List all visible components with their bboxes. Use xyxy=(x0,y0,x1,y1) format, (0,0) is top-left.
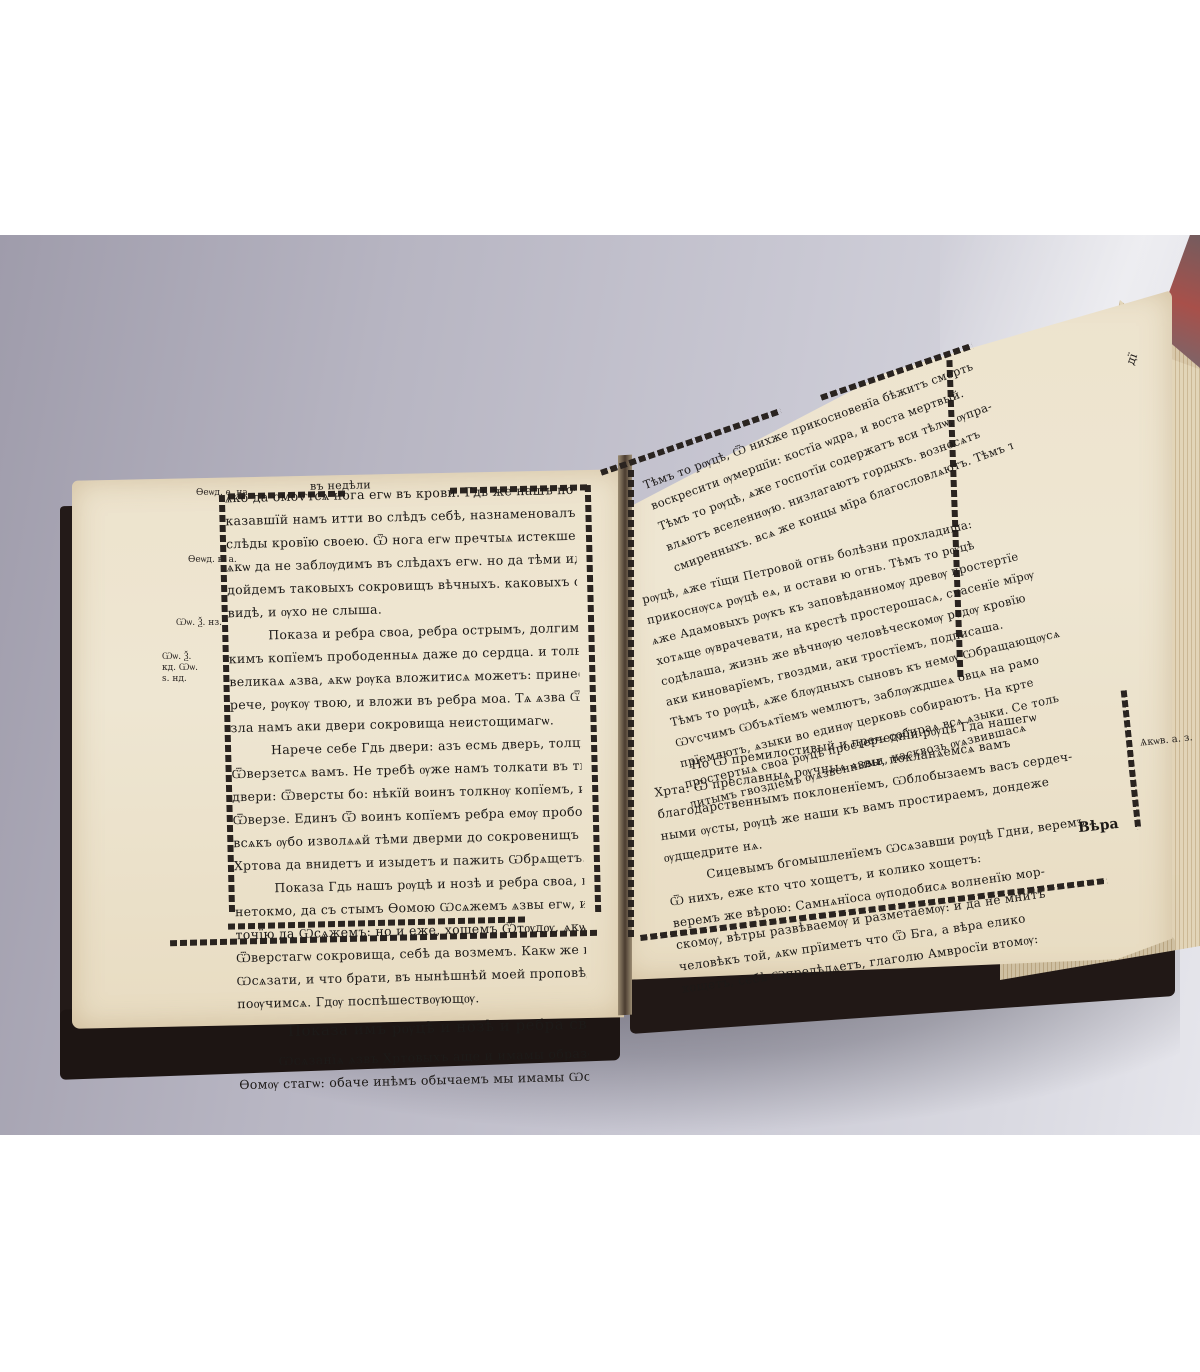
margin-note: Ѡѡ. Ѯ. нз. xyxy=(176,618,222,629)
ornament-border-left xyxy=(628,470,634,940)
margin-note: Ѡѡ. Ѯ. кд. Ѡѡ. ѕ. нд. xyxy=(162,652,202,685)
section-heading: Показа имъ рѹцѣ и нозѣ и ребра своѧ. xyxy=(238,1013,588,1045)
left-page-text: ѧко да омоѵтсѧ нога егѡ въ крови. Гдь же… xyxy=(225,478,590,1096)
margin-note: Ѳеѡд. ѳ. на. xyxy=(196,488,251,499)
margin-note: Ѳеѡд. в. а. xyxy=(188,555,237,566)
